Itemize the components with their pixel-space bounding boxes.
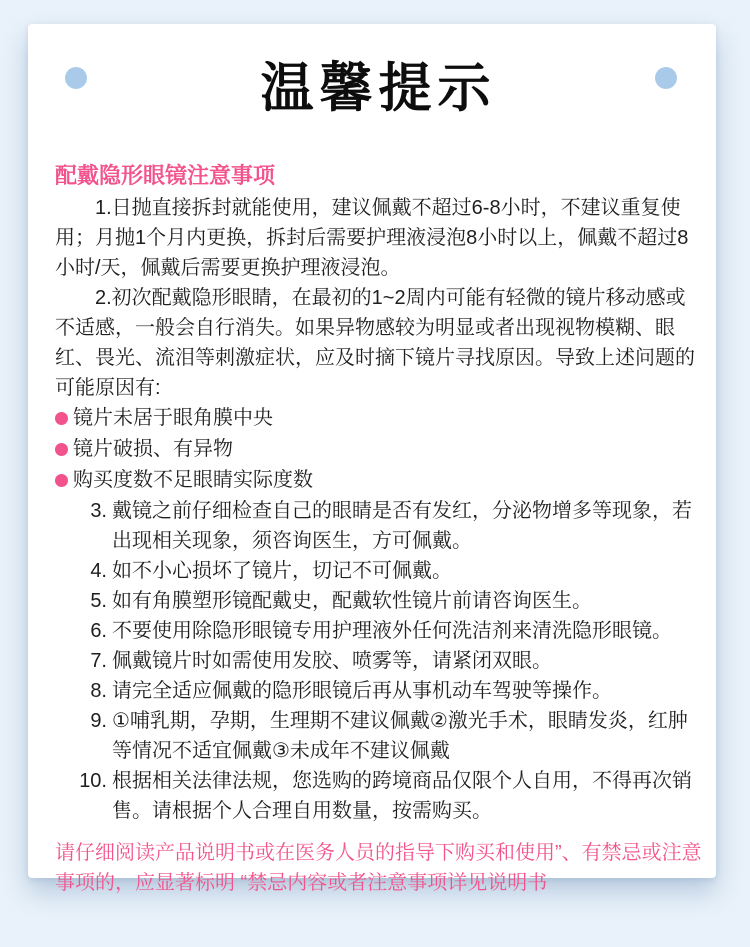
item-text: 不要使用除隐形眼镜专用护理液外任何洗洁剂来清洗隐形眼镜。: [112, 620, 672, 642]
item-number: 6.: [55, 616, 107, 646]
section-heading: 配戴隐形眼镜注意事项: [55, 162, 696, 190]
notice-list: 1.日抛直接拆封就能使用，建议佩戴不超过6-8小时，不建议重复使用；月抛1个月内…: [55, 193, 695, 826]
list-item: 4.如不小心损坏了镜片，切记不可佩戴。: [55, 556, 695, 586]
footer-note: 请仔细阅读产品说明书或在医务人员的指导下购买和使用”、有禁忌或注意事项的，应显著…: [55, 838, 703, 898]
item-number: 4.: [55, 556, 107, 586]
item-number: 8.: [55, 676, 107, 706]
list-item: 2.初次配戴隐形眼睛，在最初的1~2周内可能有轻微的镜片移动感或不适感，一般会自…: [55, 283, 695, 403]
bullet-dot-icon: [55, 443, 68, 456]
list-item: 1.日抛直接拆封就能使用，建议佩戴不超过6-8小时，不建议重复使用；月抛1个月内…: [55, 193, 695, 283]
item-number: 7.: [55, 646, 107, 676]
item-text: 如有角膜塑形镜配戴史，配戴软性镜片前请咨询医生。: [112, 590, 592, 612]
item-text: 根据相关法律法规，您选购的跨境商品仅限个人自用，不得再次销售。请根据个人合理自用…: [112, 770, 692, 822]
item-text: 戴镜之前仔细检查自己的眼睛是否有发红，分泌物增多等现象，若出现相关现象，须咨询医…: [112, 500, 692, 552]
decorative-dot-right: [655, 67, 677, 89]
item-text: 如不小心损坏了镜片，切记不可佩戴。: [112, 560, 452, 582]
item-text: 佩戴镜片时如需使用发胶、喷雾等，请紧闭双眼。: [112, 650, 552, 672]
bullet-text: 镜片破损、有异物: [73, 434, 233, 465]
bullet-item: 购买度数不足眼睛实际度数: [55, 465, 695, 496]
bullet-dot-icon: [55, 412, 68, 425]
item-number: 10.: [55, 766, 107, 796]
bullet-text: 镜片未居于眼角膜中央: [73, 403, 273, 434]
page-title: 温馨提示: [55, 58, 696, 120]
item-text: 请完全适应佩戴的隐形眼镜后再从事机动车驾驶等操作。: [112, 680, 612, 702]
list-item: 5.如有角膜塑形镜配戴史，配戴软性镜片前请咨询医生。: [55, 586, 695, 616]
list-item: 9.①哺乳期，孕期，生理期不建议佩戴②激光手术，眼睛发炎，红肿等情况不适宜佩戴③…: [55, 706, 695, 766]
list-item: 7.佩戴镜片时如需使用发胶、喷雾等，请紧闭双眼。: [55, 646, 695, 676]
item-number: 9.: [55, 706, 107, 736]
item-text: ①哺乳期，孕期，生理期不建议佩戴②激光手术，眼睛发炎，红肿等情况不适宜佩戴③未成…: [112, 710, 688, 762]
notice-card: 温馨提示 配戴隐形眼镜注意事项 1.日抛直接拆封就能使用，建议佩戴不超过6-8小…: [28, 24, 716, 878]
item-number: 3.: [55, 496, 107, 526]
list-item: 3.戴镜之前仔细检查自己的眼睛是否有发红，分泌物增多等现象，若出现相关现象，须咨…: [55, 496, 695, 556]
bullet-dot-icon: [55, 474, 68, 487]
list-item: 10.根据相关法律法规，您选购的跨境商品仅限个人自用，不得再次销售。请根据个人合…: [55, 766, 695, 826]
list-item: 6.不要使用除隐形眼镜专用护理液外任何洗洁剂来清洗隐形眼镜。: [55, 616, 695, 646]
bullet-item: 镜片未居于眼角膜中央: [55, 403, 695, 434]
decorative-dot-left: [65, 67, 87, 89]
item-number: 5.: [55, 586, 107, 616]
list-item: 8.请完全适应佩戴的隐形眼镜后再从事机动车驾驶等操作。: [55, 676, 695, 706]
bullet-item: 镜片破损、有异物: [55, 434, 695, 465]
bullet-text: 购买度数不足眼睛实际度数: [73, 465, 313, 496]
